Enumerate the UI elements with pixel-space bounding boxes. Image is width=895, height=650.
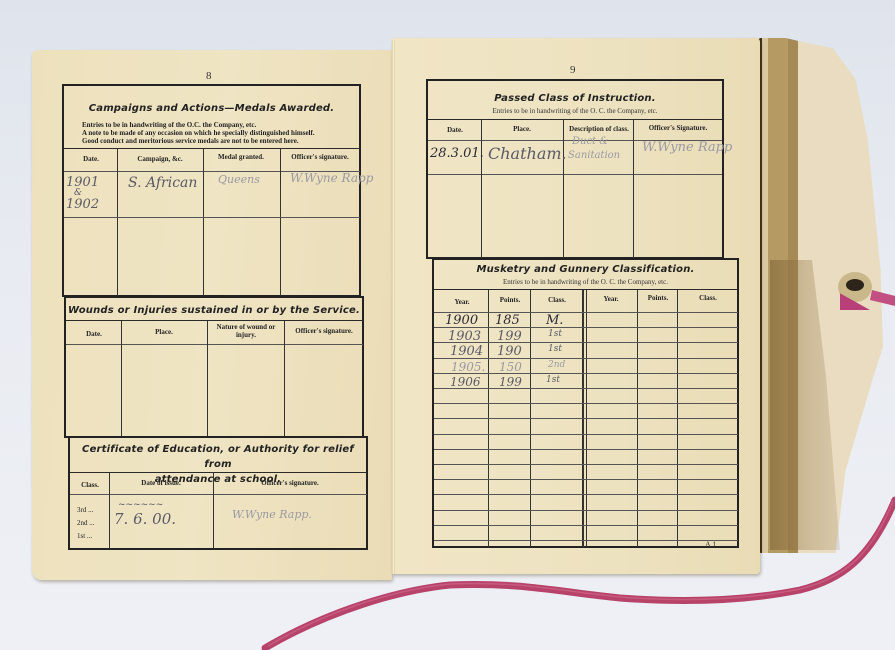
col-header-class-2: Class. [680,294,736,302]
divider [428,174,722,175]
ruled-line [434,449,738,450]
education-officer-signature: W.Wyne Rapp. [232,508,312,521]
instruction-description-2: Sanitation [568,150,620,161]
ruled-line [434,494,738,495]
musketry-year-2: 1903 [448,329,481,344]
col-header-campaign: Campaign, &c. [118,155,202,163]
page-number-left: 8 [206,70,212,82]
divider [70,494,367,495]
ruled-line [434,464,738,465]
date-of-issue: 7. 6. 00. [114,510,176,528]
col-rule [633,120,634,258]
musketry-year-5: 1906 [450,375,481,389]
col-header-class: Class. [72,481,108,489]
musketry-class-1: M. [546,313,563,328]
class-2nd: 2nd ... [77,519,95,527]
col-rule [213,473,214,549]
campaigns-note-1: Entries to be in handwriting of the O.C.… [82,121,362,129]
class-3rd: 3rd ... [77,506,93,514]
divider [428,119,722,120]
musketry-points-3: 190 [497,344,522,359]
musketry-points-4: 150 [499,360,522,374]
col-header-signature: Officer's signature. [281,153,359,161]
musketry-note: Entries to be in handwriting of the O. C… [434,278,737,286]
col-rule [280,149,281,297]
col-header-nature: Nature of wound or injury. [208,323,284,339]
wounds-title: Wounds or Injuries sustained in or by th… [66,305,362,316]
col-header-year-2: Year. [586,295,636,303]
musketry-title: Musketry and Gunnery Classification. [434,264,737,275]
col-header-place: Place. [122,328,206,336]
col-rule [117,149,118,297]
ruled-line [434,418,738,419]
musketry-points-1: 185 [495,313,520,328]
musketry-class-4: 2nd [548,360,565,370]
class-1st: 1st ... [77,532,92,540]
musketry-class-3: 1st [548,344,562,354]
col-header-description: Description of class. [564,125,634,133]
campaign-name: S. African [128,175,197,191]
campaign-date-1: 1901 [66,175,99,190]
ruled-line [434,403,738,404]
musketry-year-4: 1905. [451,360,485,374]
col-header-year: Year. [436,298,488,306]
col-header-date: Date. [68,330,120,338]
col-header-place: Place. [482,125,562,133]
musketry-class-2: 1st [548,329,562,339]
page-number-right: 9 [570,64,576,76]
ruled-line [434,479,738,480]
divider [70,472,367,473]
musketry-year-1: 1900 [445,313,478,328]
ruled-line [434,525,738,526]
instruction-officer-signature: W.Wyne Rapp [642,140,732,155]
musketry-year-3: 1904 [450,344,483,359]
ruled-line [434,510,738,511]
col-header-points-2: Points. [638,294,678,302]
col-header-date: Date. [66,155,116,163]
col-rule [207,321,208,437]
campaigns-title: Campaigns and Actions—Medals Awarded. [64,103,359,114]
instruction-note: Entries to be in handwriting of the O. C… [428,107,722,115]
col-header-date: Date. [430,126,480,134]
col-rule [284,321,285,437]
col-rule [203,149,204,297]
ruled-line [434,540,738,541]
col-rule [121,321,122,437]
col-rule [481,120,482,258]
col-rule [563,120,564,258]
divider [64,217,360,218]
ruled-line [434,434,738,435]
divider [64,148,360,149]
campaigns-notes: Entries to be in handwriting of the O.C.… [82,121,362,145]
campaign-date-2: 1902 [66,197,99,212]
campaigns-box [62,84,361,297]
instruction-date: 28.3.01. [430,146,484,161]
musketry-class-5: 1st [546,375,560,385]
campaigns-note-2: A note to be made of any occasion on whi… [82,129,362,137]
education-title-line1: Certificate of Education, or Authority f… [70,442,366,472]
campaigns-note-3: Good conduct and meritorious service med… [82,137,362,145]
divider [66,344,363,345]
instruction-box [426,79,724,259]
col-header-signature: Officer's signature. [286,327,362,335]
instruction-place: Chatham. [488,144,567,163]
date-strikethrough: ~~~~~~ [118,500,163,510]
instruction-description-1: Duct & [572,136,608,147]
medal-granted: Queens [218,173,260,186]
col-header-points: Points. [490,296,530,304]
col-header-class: Class. [532,296,582,304]
col-header-signature: Officer's signature. [214,479,366,487]
ruled-line [434,312,738,313]
col-header-signature: Officer's Signature. [634,124,722,132]
col-header-date-issue: Date of issue. [110,479,212,487]
instruction-title: Passed Class of Instruction. [428,93,722,104]
musketry-points-2: 199 [497,329,522,344]
divider [66,320,363,321]
col-rule [109,473,110,549]
musketry-points-5: 199 [499,375,522,389]
wounds-box [64,296,364,438]
printer-mark: A 1 [705,540,716,549]
spine-crease [392,40,395,574]
tag-eyelet-hole [846,279,864,291]
col-header-medal: Medal granted. [203,153,279,161]
campaign-officer-signature: W.Wyne Rapp [290,171,373,185]
